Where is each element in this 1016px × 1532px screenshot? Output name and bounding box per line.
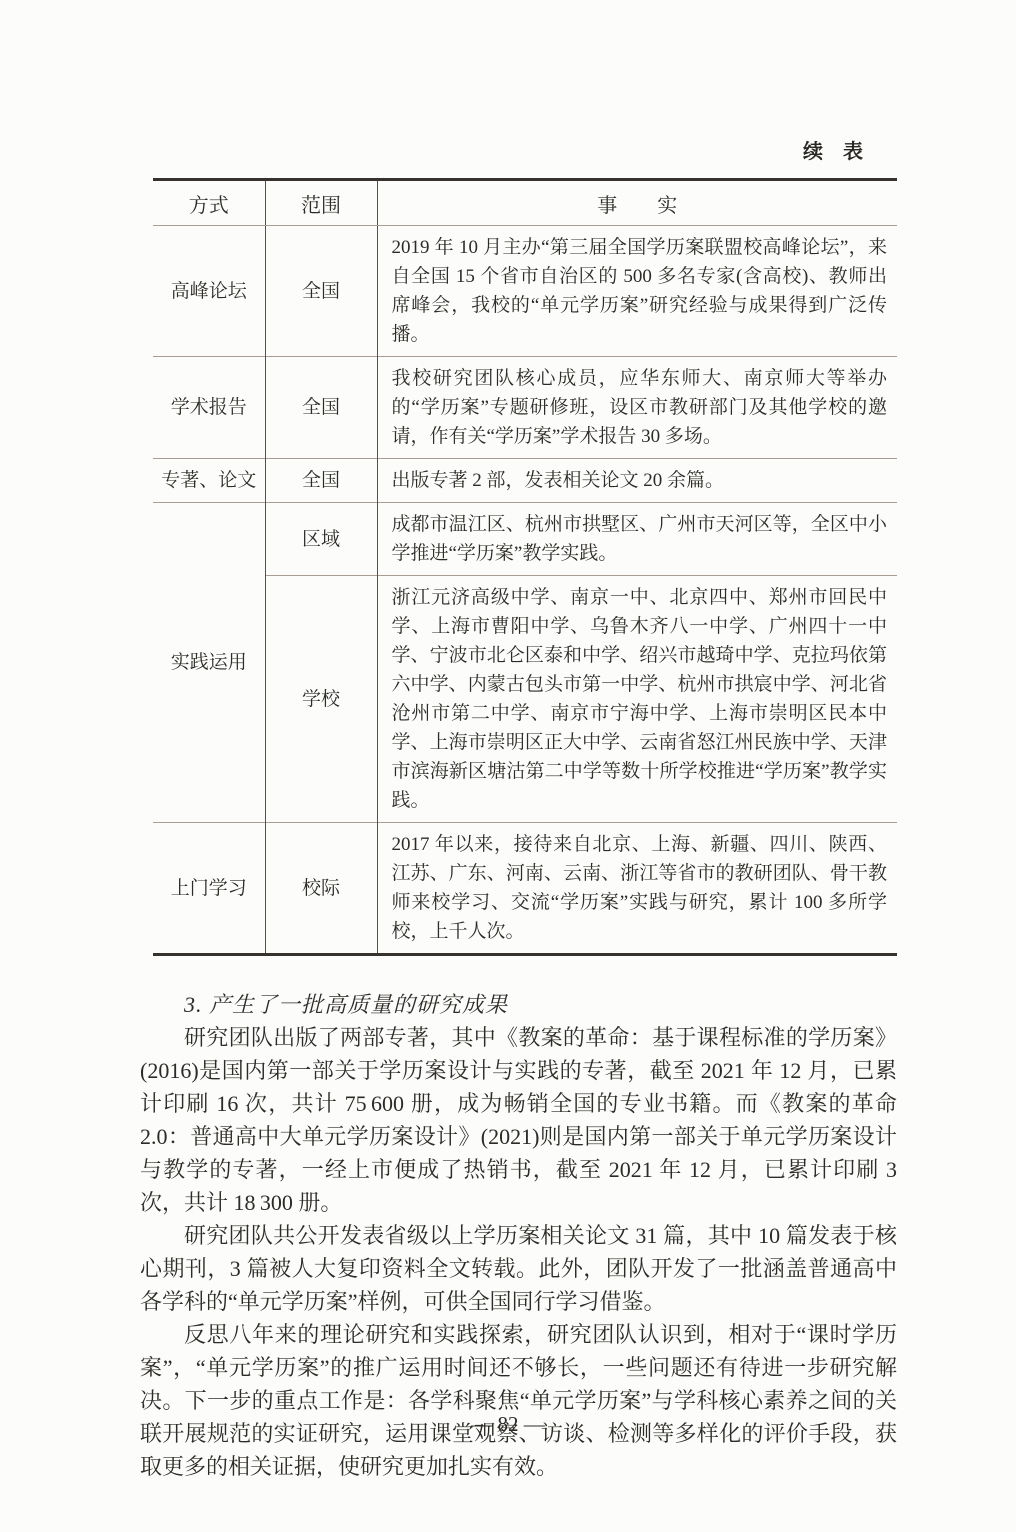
page-number: — 82 — (0, 1412, 1016, 1437)
method-cell: 上门学习 (153, 823, 265, 955)
fact-cell: 浙江元济高级中学、南京一中、北京四中、郑州市回民中学、上海市曹阳中学、乌鲁木齐八… (377, 576, 897, 823)
table-row: 高峰论坛 全国 2019 年 10 月主办“第三届全国学历案联盟校高峰论坛”，来… (153, 226, 897, 357)
table-row: 上门学习 校际 2017 年以来，接待来自北京、上海、新疆、四川、陕西、江苏、广… (153, 823, 897, 955)
table-row: 学术报告 全国 我校研究团队核心成员，应华东师大、南京师大等举办的“学历案”专题… (153, 357, 897, 459)
body-text: 3. 产生了一批高质量的研究成果 研究团队出版了两部专著，其中《教案的革命：基于… (140, 988, 897, 1483)
paragraph: 研究团队共公开发表省级以上学历案相关论文 31 篇，其中 10 篇发表于核心期刊… (140, 1219, 897, 1318)
document-page: 续 表 方式 范围 事 实 高峰论坛 全国 2019 年 10 月主办“第三届全… (0, 0, 1016, 1532)
scope-cell: 区域 (265, 503, 377, 576)
section-heading: 3. 产生了一批高质量的研究成果 (140, 988, 897, 1021)
method-cell: 专著、论文 (153, 459, 265, 503)
paragraph: 反思八年来的理论研究和实践探索，研究团队认识到，相对于“课时学历案”，“单元学历… (140, 1318, 897, 1483)
scope-cell: 全国 (265, 357, 377, 459)
fact-cell: 2019 年 10 月主办“第三届全国学历案联盟校高峰论坛”，来自全国 15 个… (377, 226, 897, 357)
table-row: 学校 浙江元济高级中学、南京一中、北京四中、郑州市回民中学、上海市曹阳中学、乌鲁… (153, 576, 897, 823)
scope-cell: 全国 (265, 226, 377, 357)
table-row: 专著、论文 全国 出版专著 2 部，发表相关论文 20 余篇。 (153, 459, 897, 503)
page-content: 续 表 方式 范围 事 实 高峰论坛 全国 2019 年 10 月主办“第三届全… (140, 0, 897, 1483)
fact-cell: 2017 年以来，接待来自北京、上海、新疆、四川、陕西、江苏、广东、河南、云南、… (377, 823, 897, 955)
scope-cell: 校际 (265, 823, 377, 955)
fact-cell: 我校研究团队核心成员，应华东师大、南京师大等举办的“学历案”专题研修班，设区市教… (377, 357, 897, 459)
fact-cell: 出版专著 2 部，发表相关论文 20 余篇。 (377, 459, 897, 503)
header-fact: 事 实 (377, 180, 897, 226)
method-cell: 学术报告 (153, 357, 265, 459)
table-continued-label: 续 表 (140, 140, 897, 164)
facts-table: 方式 范围 事 实 高峰论坛 全国 2019 年 10 月主办“第三届全国学历案… (153, 178, 897, 956)
scope-cell: 全国 (265, 459, 377, 503)
scope-cell: 学校 (265, 576, 377, 823)
method-cell: 实践运用 (153, 503, 265, 823)
paragraph: 研究团队出版了两部专著，其中《教案的革命：基于课程标准的学历案》(2016)是国… (140, 1021, 897, 1219)
table-row: 实践运用 区域 成都市温江区、杭州市拱墅区、广州市天河区等，全区中小学推进“学历… (153, 503, 897, 576)
method-cell: 高峰论坛 (153, 226, 265, 357)
header-scope: 范围 (265, 180, 377, 226)
fact-cell: 成都市温江区、杭州市拱墅区、广州市天河区等，全区中小学推进“学历案”教学实践。 (377, 503, 897, 576)
header-method: 方式 (153, 180, 265, 226)
table-header-row: 方式 范围 事 实 (153, 180, 897, 226)
